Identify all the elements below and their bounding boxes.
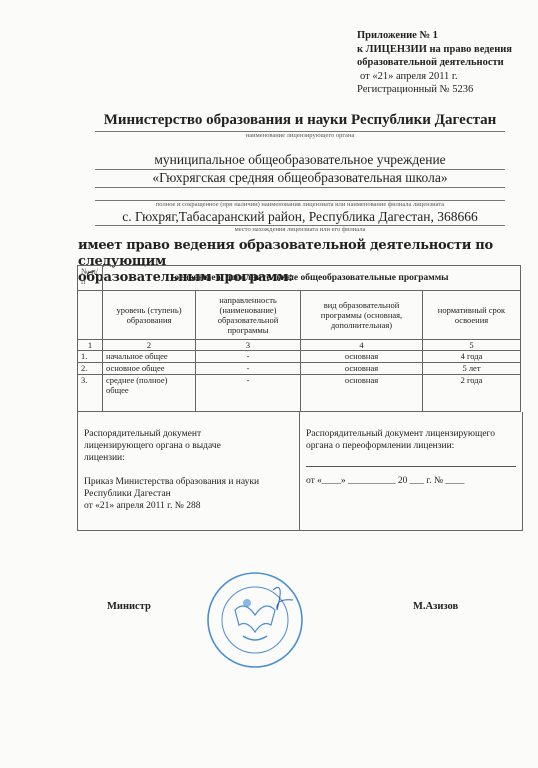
licensor-caption: наименование лицензирующего органа bbox=[95, 132, 505, 139]
col-header-direction: направленность (наименование) образовате… bbox=[196, 291, 301, 340]
official-seal-icon bbox=[205, 570, 305, 670]
licensee-type: муниципальное общеобразовательное учрежд… bbox=[95, 152, 505, 168]
num-header: № п/п bbox=[78, 266, 103, 291]
row-direction: - bbox=[196, 375, 301, 412]
numbering-cell: 1 bbox=[78, 340, 103, 351]
group-header: основные и дополнительные общеобразовате… bbox=[103, 266, 521, 291]
blank-line bbox=[306, 452, 516, 467]
row-num: 2. bbox=[78, 363, 103, 375]
row-level: среднее (полное) общее bbox=[103, 375, 196, 412]
licensee-name: «Гюхрягская средняя общеобразовательная … bbox=[95, 170, 505, 186]
row-term: 4 года bbox=[423, 351, 521, 363]
row-term: 2 года bbox=[423, 375, 521, 412]
row-direction: - bbox=[196, 351, 301, 363]
issue-order-box: Распорядительный документ лицензирующего… bbox=[78, 412, 300, 530]
appendix-reg-number: Регистрационный № 5236 bbox=[357, 83, 512, 97]
divider bbox=[95, 187, 505, 188]
table-row: 1. начальное общее - основная 4 года bbox=[78, 351, 521, 363]
reissue-order-title: Распорядительный документ лицензирующего… bbox=[306, 428, 496, 452]
row-level: основное общее bbox=[103, 363, 196, 375]
col-header-level: уровень (ступень) образования bbox=[103, 291, 196, 340]
row-num: 3. bbox=[78, 375, 103, 412]
row-term: 5 лет bbox=[423, 363, 521, 375]
address-caption: место нахождения лицензиата или его фили… bbox=[95, 226, 505, 233]
numbering-cell: 5 bbox=[423, 340, 521, 351]
appendix-license-ref: к ЛИЦЕНЗИИ на право ведения bbox=[357, 43, 512, 57]
issue-order-title: Распорядительный документ лицензирующего… bbox=[84, 428, 244, 464]
appendix-header: Приложение № 1 к ЛИЦЕНЗИИ на право веден… bbox=[357, 29, 512, 97]
row-direction: - bbox=[196, 363, 301, 375]
issue-order-name: Приказ Министерства образования и науки … bbox=[84, 476, 293, 500]
numbering-cell: 2 bbox=[103, 340, 196, 351]
licensee-address: с. Гюхряг,Табасаранский район, Республик… bbox=[95, 209, 505, 225]
numbering-cell: 3 bbox=[196, 340, 301, 351]
signatory-name: М.Азизов bbox=[413, 601, 458, 612]
table-row: 3. среднее (полное) общее - основная 2 г… bbox=[78, 375, 521, 412]
signatory-position: Министр bbox=[107, 601, 151, 612]
empty-cell bbox=[78, 291, 103, 340]
licensor-name: Министерство образования и науки Республ… bbox=[95, 112, 505, 129]
issue-order-date: от «21» апреля 2011 г. № 288 bbox=[84, 500, 293, 512]
row-type: основная bbox=[301, 375, 423, 412]
row-num: 1. bbox=[78, 351, 103, 363]
appendix-activity: образовательной деятельности bbox=[357, 56, 512, 70]
table-row: 2. основное общее - основная 5 лет bbox=[78, 363, 521, 375]
col-header-type: вид образовательной программы (основная,… bbox=[301, 291, 423, 340]
reissue-order-date: от «____» __________ 20 ___ г. № ____ bbox=[306, 475, 516, 487]
order-documents: Распорядительный документ лицензирующего… bbox=[77, 412, 523, 531]
row-type: основная bbox=[301, 363, 423, 375]
numbering-cell: 4 bbox=[301, 340, 423, 351]
appendix-date: от «21» апреля 2011 г. bbox=[357, 70, 512, 84]
col-header-term: нормативный срок освоения bbox=[423, 291, 521, 340]
reissue-order-box: Распорядительный документ лицензирующего… bbox=[300, 412, 522, 530]
licensee-caption: полное и сокращенное (при наличии) наиме… bbox=[90, 201, 510, 208]
programs-table: № п/п основные и дополнительные общеобра… bbox=[77, 265, 521, 412]
row-level: начальное общее bbox=[103, 351, 196, 363]
row-type: основная bbox=[301, 351, 423, 363]
appendix-title: Приложение № 1 bbox=[357, 29, 512, 43]
